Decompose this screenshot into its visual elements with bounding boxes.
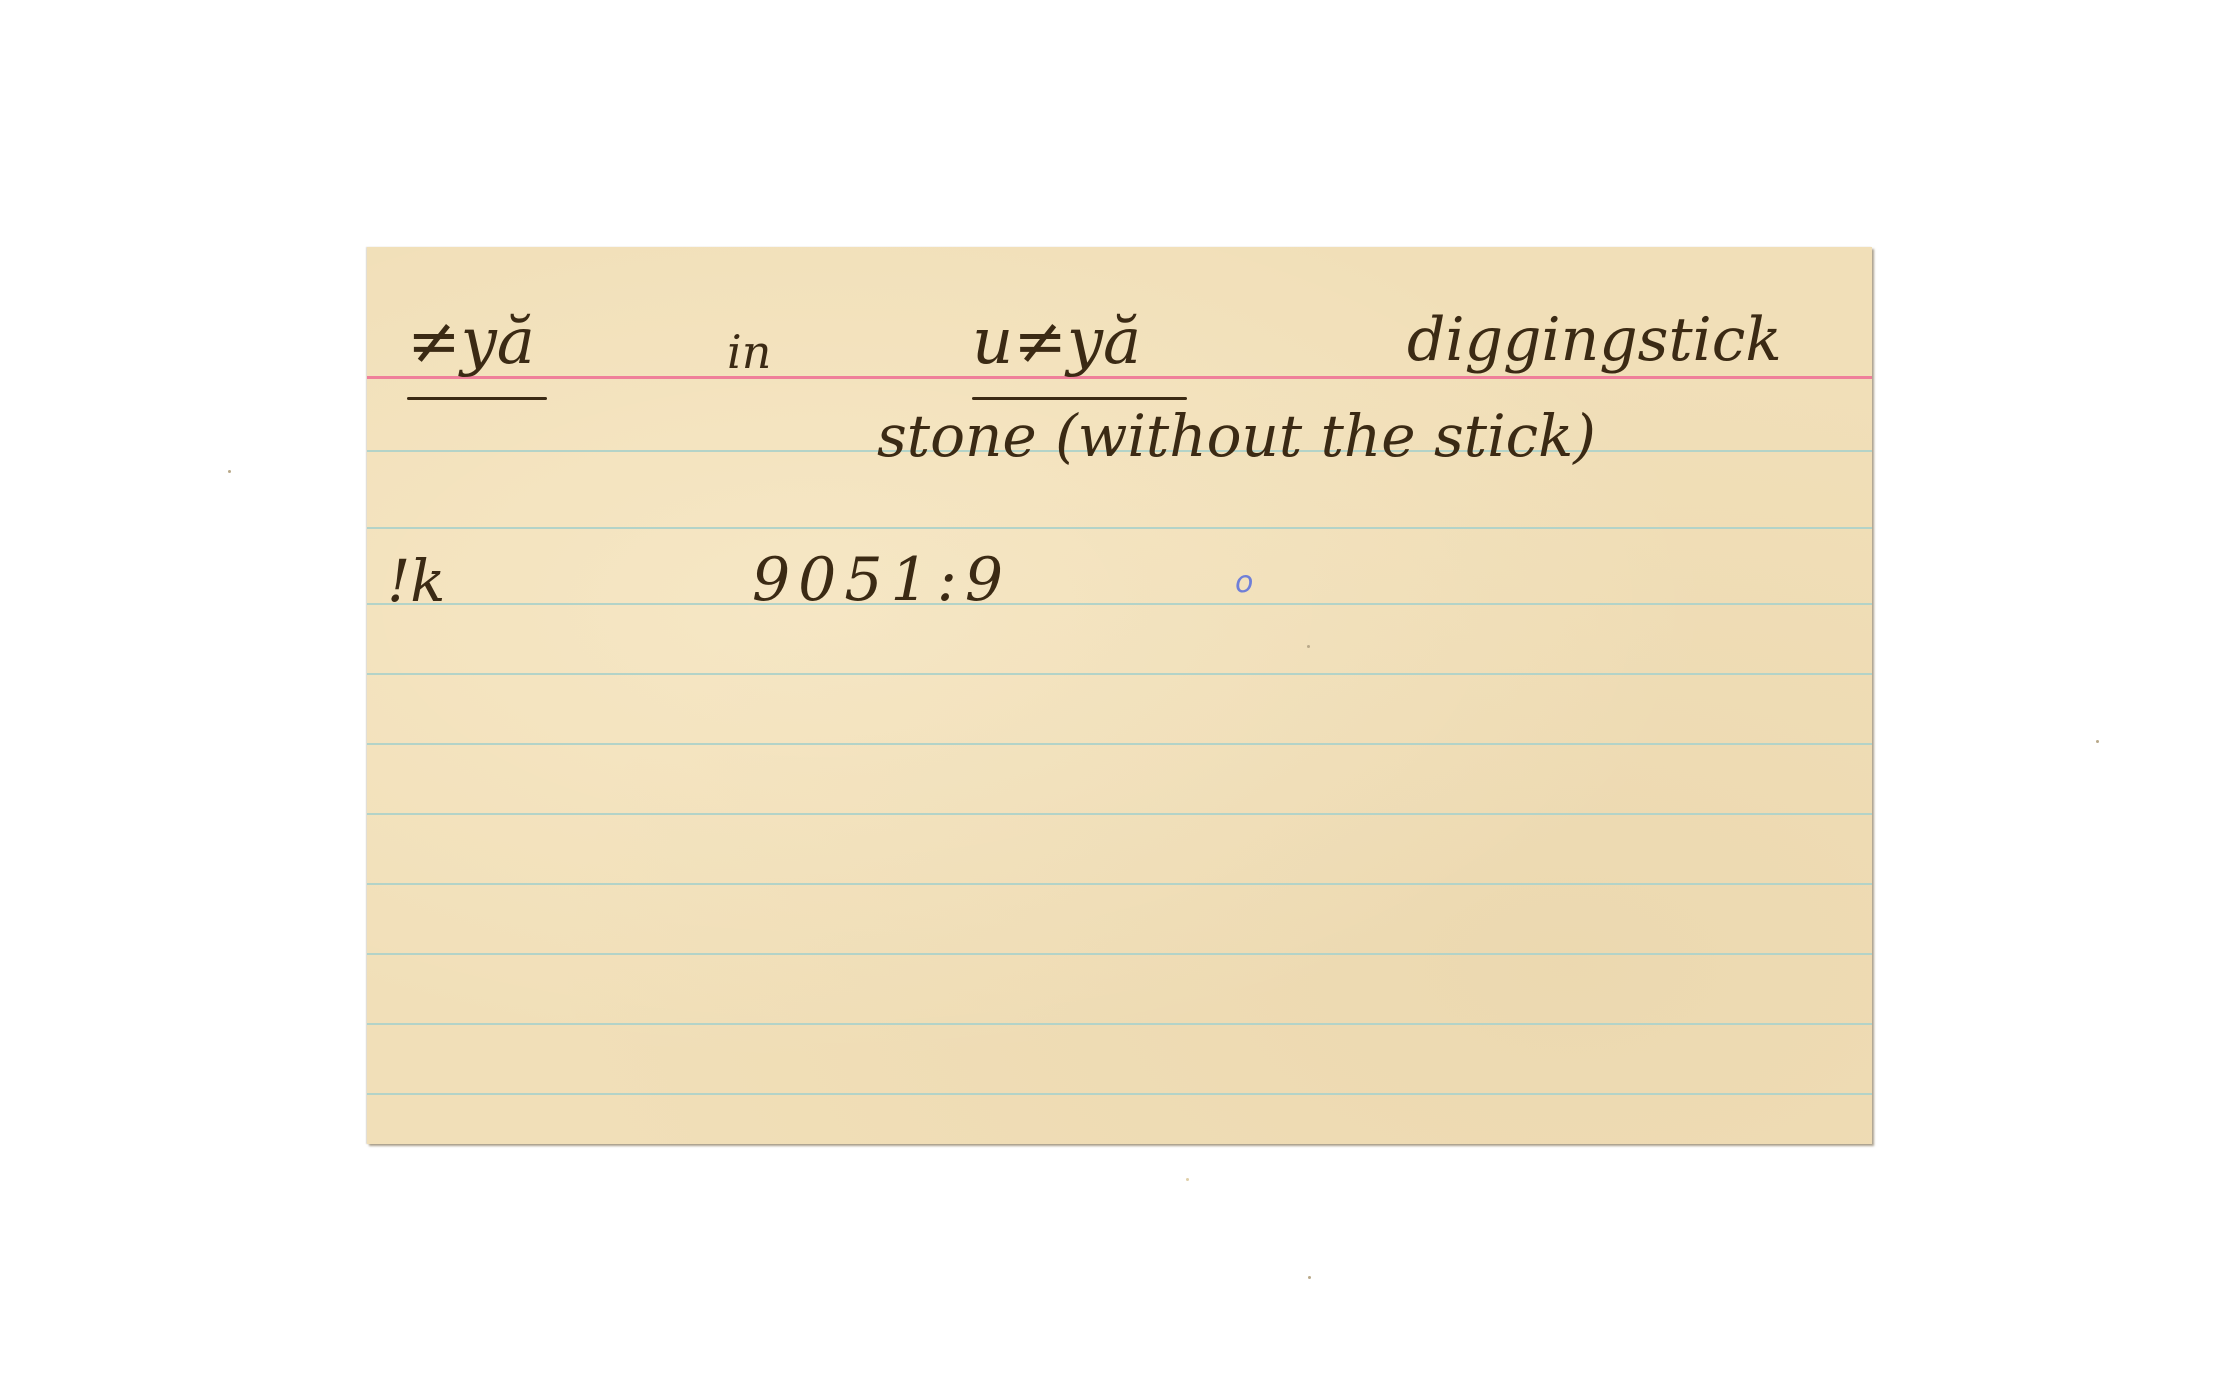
scan-speck [2096, 740, 2099, 743]
blue-pencil-mark: o [1235, 565, 1253, 600]
compound-word: u≠yă [972, 305, 1141, 379]
ruled-line [367, 813, 1872, 815]
ruled-line [367, 743, 1872, 745]
scan-speck [228, 470, 231, 473]
ruled-line [367, 1093, 1872, 1095]
gloss-continued: stone (without the stick) [877, 402, 1596, 470]
source-code: !k [387, 547, 445, 615]
ruled-line [367, 1023, 1872, 1025]
ruled-line [367, 953, 1872, 955]
scan-speck [1186, 1178, 1189, 1181]
headword: ≠yă [407, 305, 535, 379]
index-card: ≠yă in u≠yă diggingstick stone (without … [367, 247, 1872, 1144]
ruled-line [367, 527, 1872, 529]
ruled-line [367, 883, 1872, 885]
compound-underline [972, 397, 1187, 400]
connector-text: in [727, 325, 771, 379]
ruled-line [367, 673, 1872, 675]
reference-number: 9051:9 [752, 545, 1011, 615]
paper-speck [1307, 645, 1310, 648]
headword-underline [407, 397, 547, 400]
gloss-start: diggingstick [1407, 305, 1782, 375]
ruled-line [367, 603, 1872, 605]
scan-speck [1308, 1276, 1311, 1279]
